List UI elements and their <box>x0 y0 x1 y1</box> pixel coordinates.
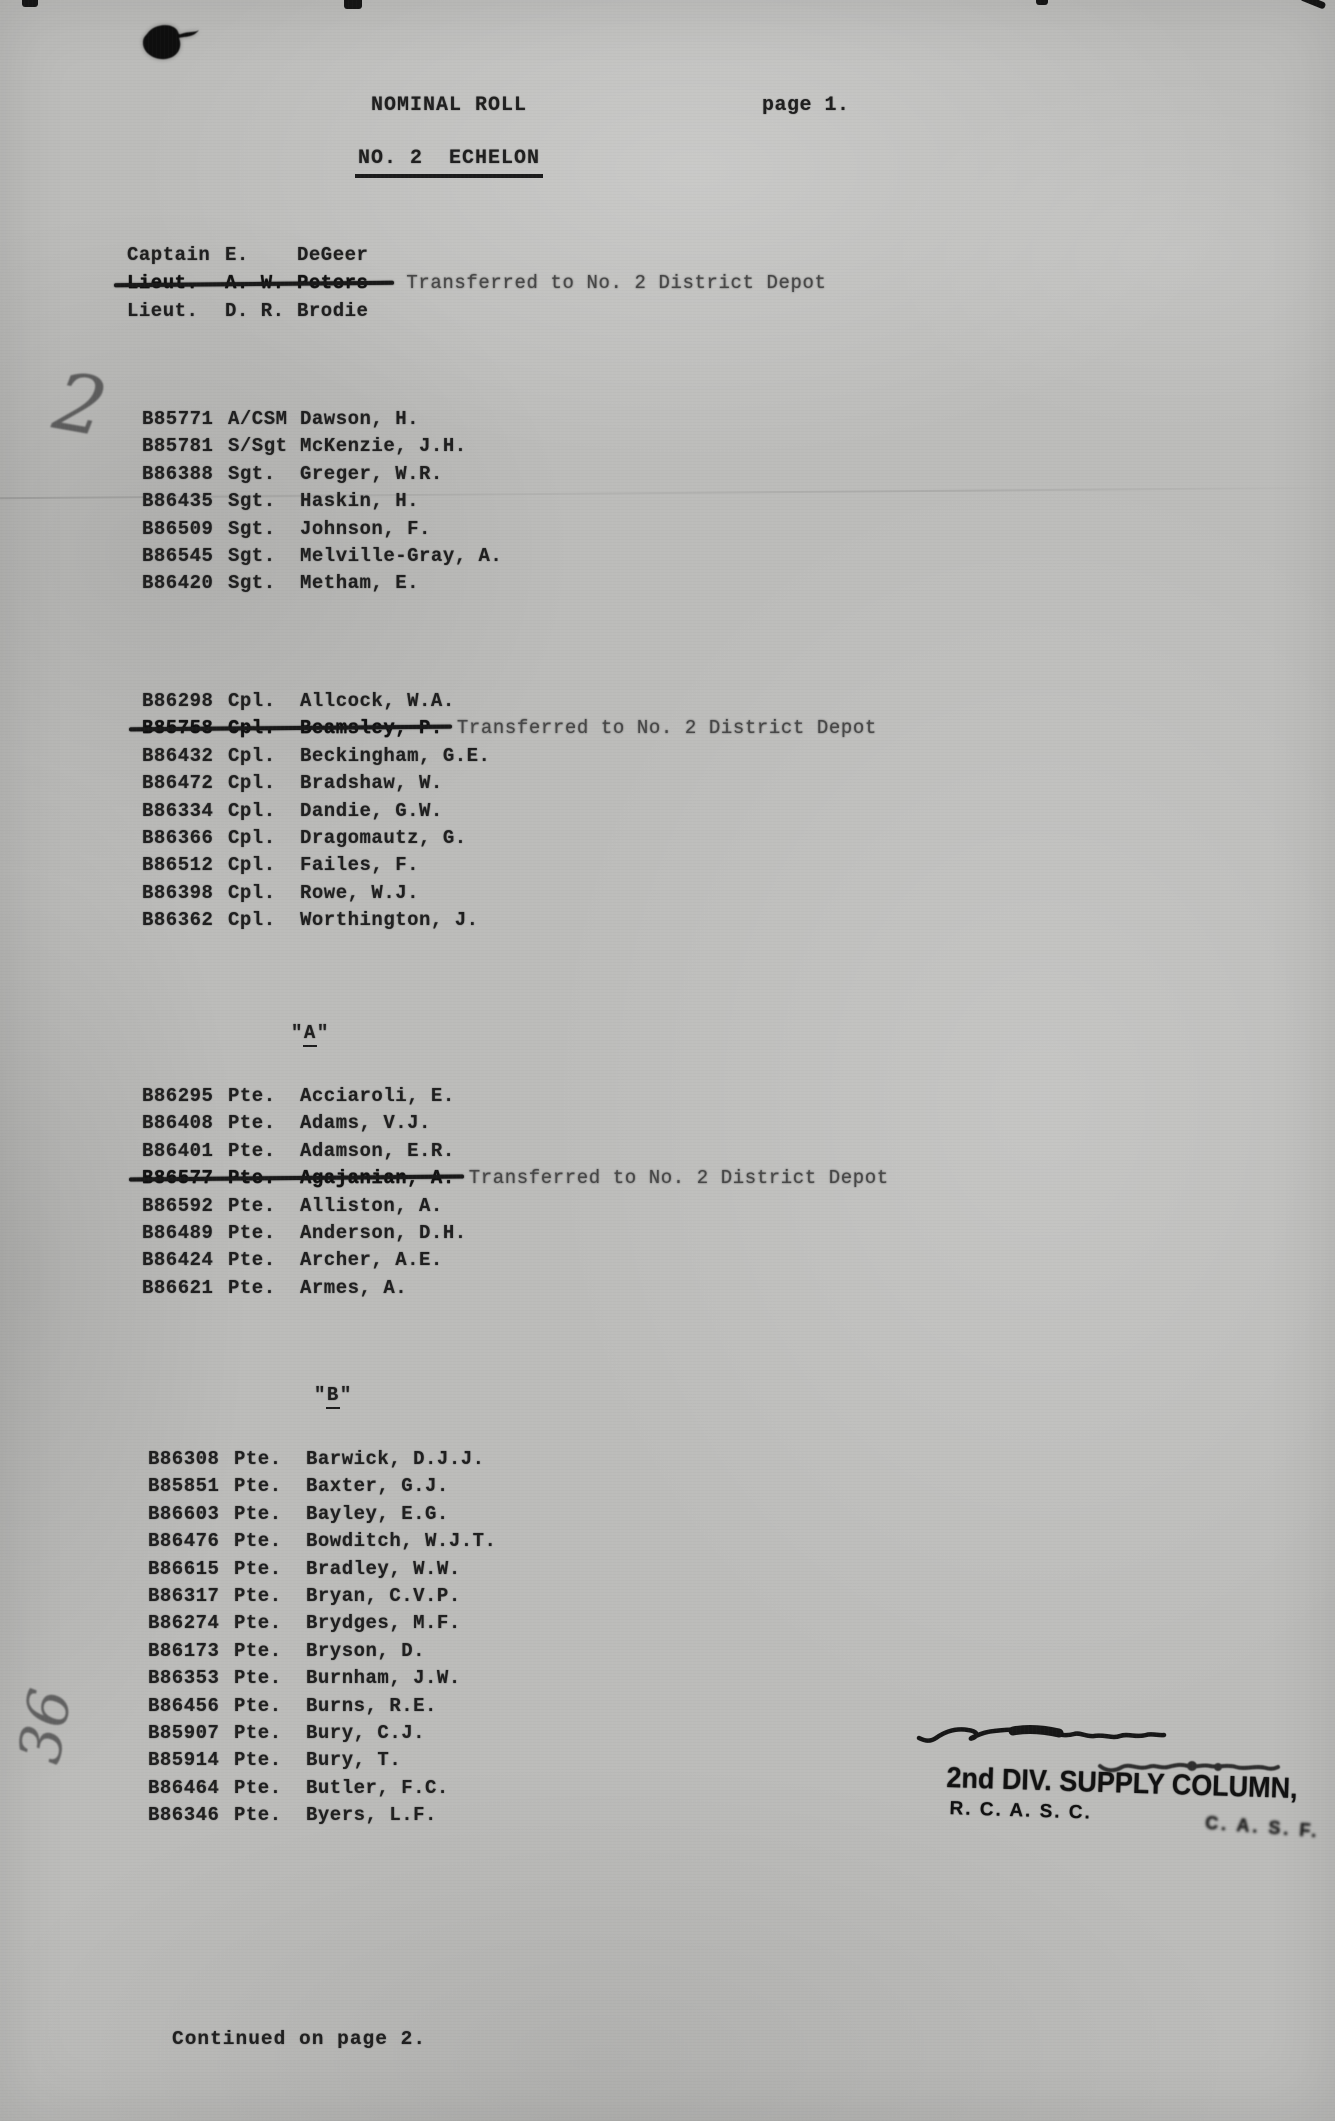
name: Worthington, J. <box>300 907 479 934</box>
roster-row: B86577Pte.Agajanian, A.Transferred to No… <box>142 1165 889 1192</box>
service-number: B86274 <box>148 1610 234 1637</box>
roster-row: B86603Pte.Bayley, E.G. <box>148 1501 496 1528</box>
roster-row: B86317Pte.Bryan, C.V.P. <box>148 1583 496 1610</box>
roster-row: B86401Pte.Adamson, E.R. <box>142 1138 889 1165</box>
rank: Sgt. <box>228 516 300 543</box>
roster-entry: B86298Cpl.Allcock, W.A. <box>142 688 455 715</box>
service-number: B86432 <box>142 743 228 770</box>
transfer-note: Transferred to No. 2 District Depot <box>469 1165 889 1192</box>
section-heading-b: "B" <box>314 1384 352 1409</box>
rank: Sgt. <box>228 488 300 515</box>
service-number: B86472 <box>142 770 228 797</box>
roster-entry: B86346Pte.Byers, L.F. <box>148 1802 437 1829</box>
service-number: B86408 <box>142 1110 228 1137</box>
rank: Pte. <box>228 1247 300 1274</box>
rank: Pte. <box>234 1501 306 1528</box>
service-number: B86317 <box>148 1583 234 1610</box>
service-number: B86435 <box>142 488 228 515</box>
service-number: B86456 <box>148 1693 234 1720</box>
name: Byers, L.F. <box>306 1802 437 1829</box>
roster-section-corporals: B86298Cpl.Allcock, W.A.B85758Cpl.Beamsle… <box>142 688 877 935</box>
rank: Pte. <box>234 1775 306 1802</box>
roster-section-a: B86295Pte.Acciaroli, E.B86408Pte.Adams, … <box>142 1083 889 1302</box>
name: Failes, F. <box>300 852 419 879</box>
roster-entry: B85781S/SgtMcKenzie, J.H. <box>142 433 467 460</box>
service-number: B86366 <box>142 825 228 852</box>
service-number: B86308 <box>148 1446 234 1473</box>
roster-entry: B86398Cpl.Rowe, W.J. <box>142 880 419 907</box>
roster-entry: B86308Pte.Barwick, D.J.J. <box>148 1446 485 1473</box>
scan-edge-mark <box>1300 0 1327 10</box>
roster-entry: B86424Pte.Archer, A.E. <box>142 1247 443 1274</box>
rank: Pte. <box>228 1083 300 1110</box>
name: Johnson, F. <box>300 516 431 543</box>
rank: Pte. <box>234 1638 306 1665</box>
rank: Pte. <box>234 1747 306 1774</box>
name: Bury, T. <box>306 1747 401 1774</box>
name: Dawson, H. <box>300 406 419 433</box>
quote-mark: " <box>291 1022 303 1044</box>
officer-name: Brodie <box>297 298 368 326</box>
officers-list: CaptainE.DeGeerLieut.A. W.PetersTransfer… <box>127 242 827 325</box>
roster-row: B86334Cpl.Dandie, G.W. <box>142 798 877 825</box>
roster-row: B86362Cpl.Worthington, J. <box>142 907 877 934</box>
roster-row: B86295Pte.Acciaroli, E. <box>142 1083 889 1110</box>
roster-entry: B85914Pte.Bury, T. <box>148 1747 401 1774</box>
roster-row: B86435Sgt.Haskin, H. <box>142 488 502 515</box>
service-number: B85771 <box>142 406 228 433</box>
roster-entry: B86295Pte.Acciaroli, E. <box>142 1083 455 1110</box>
roster-row: B86424Pte.Archer, A.E. <box>142 1247 889 1274</box>
roster-row: B86274Pte.Brydges, M.F. <box>148 1610 496 1637</box>
service-number: B86615 <box>148 1556 234 1583</box>
rank: S/Sgt <box>228 433 300 460</box>
roster-row: B86489Pte.Anderson, D.H. <box>142 1220 889 1247</box>
rank: Pte. <box>228 1220 300 1247</box>
roster-entry: B86545Sgt.Melville-Gray, A. <box>142 543 502 570</box>
quote-mark: " <box>317 1022 329 1044</box>
service-number: B86353 <box>148 1665 234 1692</box>
scan-edge-mark <box>344 0 362 9</box>
roster-row: B86388Sgt.Greger, W.R. <box>142 461 502 488</box>
roster-row: B86398Cpl.Rowe, W.J. <box>142 880 877 907</box>
roster-row: B86432Cpl.Beckingham, G.E. <box>142 743 877 770</box>
rank: Pte. <box>228 1138 300 1165</box>
service-number: B86509 <box>142 516 228 543</box>
officer-entry: Lieut.A. W.Peters <box>127 270 368 298</box>
rank: Pte. <box>234 1665 306 1692</box>
unit-stamp: 2nd DIV. SUPPLY COLUMN, R. C. A. S. C. C… <box>945 1762 1327 1832</box>
roster-row: B86592Pte.Alliston, A. <box>142 1193 889 1220</box>
service-number: B85781 <box>142 433 228 460</box>
roster-entry: B86432Cpl.Beckingham, G.E. <box>142 743 490 770</box>
roster-entry: B86615Pte.Bradley, W.W. <box>148 1556 461 1583</box>
roster-entry: B86472Cpl.Bradshaw, W. <box>142 770 443 797</box>
roster-row: B86366Cpl.Dragomautz, G. <box>142 825 877 852</box>
roster-row: B86472Cpl.Bradshaw, W. <box>142 770 877 797</box>
service-number: B86298 <box>142 688 228 715</box>
service-number: B85914 <box>148 1747 234 1774</box>
document-subtitle: NO. 2 ECHELON <box>355 147 543 178</box>
rank: Pte. <box>234 1473 306 1500</box>
roster-entry: B85851Pte.Baxter, G.J. <box>148 1473 449 1500</box>
roster-entry: B86489Pte.Anderson, D.H. <box>142 1220 467 1247</box>
rank: Cpl. <box>228 852 300 879</box>
rank: Cpl. <box>228 880 300 907</box>
name: Bryan, C.V.P. <box>306 1583 461 1610</box>
rank: Pte. <box>234 1720 306 1747</box>
roster-entry: B86476Pte.Bowditch, W.J.T. <box>148 1528 496 1555</box>
scanned-document-page: NOMINAL ROLL page 1. NO. 2 ECHELON Capta… <box>0 0 1335 2121</box>
roster-row: B85771A/CSMDawson, H. <box>142 406 502 433</box>
name: Adams, V.J. <box>300 1110 431 1137</box>
transfer-note: Transferred to No. 2 District Depot <box>457 715 877 742</box>
continuation-note: Continued on page 2. <box>172 2028 426 2050</box>
section-letter: A <box>303 1022 317 1047</box>
name: Beckingham, G.E. <box>300 743 490 770</box>
name: Armes, A. <box>300 1275 407 1302</box>
service-number: B86388 <box>142 461 228 488</box>
officer-entry: Lieut.D. R.Brodie <box>127 298 368 326</box>
roster-row: B85907Pte.Bury, C.J. <box>148 1720 496 1747</box>
name: Bury, C.J. <box>306 1720 425 1747</box>
roster-entry: B86366Cpl.Dragomautz, G. <box>142 825 467 852</box>
name: Bradley, W.W. <box>306 1556 461 1583</box>
rank: Pte. <box>234 1802 306 1829</box>
section-heading-a: "A" <box>291 1022 329 1047</box>
rank: Pte. <box>228 1275 300 1302</box>
service-number: B86545 <box>142 543 228 570</box>
roster-row: B85851Pte.Baxter, G.J. <box>148 1473 496 1500</box>
officer-row: CaptainE.DeGeer <box>127 242 827 270</box>
name: Adamson, E.R. <box>300 1138 455 1165</box>
roster-section-b: B86308Pte.Barwick, D.J.J.B85851Pte.Baxte… <box>148 1446 496 1829</box>
roster-entry: B86173Pte.Bryson, D. <box>148 1638 425 1665</box>
rank: Pte. <box>228 1193 300 1220</box>
officer-initials: E. <box>225 242 297 270</box>
service-number: B85907 <box>148 1720 234 1747</box>
rank: Sgt. <box>228 543 300 570</box>
roster-row: B85758Cpl.Beamsley, P.Transferred to No.… <box>142 715 877 742</box>
name: Archer, A.E. <box>300 1247 443 1274</box>
roster-entry: B86512Cpl.Failes, F. <box>142 852 419 879</box>
roster-entry: B86274Pte.Brydges, M.F. <box>148 1610 461 1637</box>
rank: Pte. <box>234 1693 306 1720</box>
roster-entry: B86408Pte.Adams, V.J. <box>142 1110 431 1137</box>
service-number: B86603 <box>148 1501 234 1528</box>
roster-entry: B86435Sgt.Haskin, H. <box>142 488 419 515</box>
service-number: B86424 <box>142 1247 228 1274</box>
officer-name: DeGeer <box>297 242 368 270</box>
name: Melville-Gray, A. <box>300 543 502 570</box>
roster-row: B86420Sgt.Metham, E. <box>142 570 502 597</box>
officer-entry: CaptainE.DeGeer <box>127 242 368 270</box>
roster-entry: B86592Pte.Alliston, A. <box>142 1193 443 1220</box>
roster-entry: B86317Pte.Bryan, C.V.P. <box>148 1583 461 1610</box>
name: Burns, R.E. <box>306 1693 437 1720</box>
roster-row: B86464Pte.Butler, F.C. <box>148 1775 496 1802</box>
transfer-note: Transferred to No. 2 District Depot <box>406 270 826 298</box>
roster-entry: B85907Pte.Bury, C.J. <box>148 1720 425 1747</box>
name: Allcock, W.A. <box>300 688 455 715</box>
name: Dragomautz, G. <box>300 825 467 852</box>
rank: Pte. <box>234 1528 306 1555</box>
service-number: B86512 <box>142 852 228 879</box>
roster-row: B86456Pte.Burns, R.E. <box>148 1693 496 1720</box>
service-number: B86362 <box>142 907 228 934</box>
officer-rank: Captain <box>127 242 225 270</box>
service-number: B85851 <box>148 1473 234 1500</box>
roster-entry: B86401Pte.Adamson, E.R. <box>142 1138 455 1165</box>
section-letter: B <box>326 1384 340 1409</box>
quote-mark: " <box>314 1384 326 1406</box>
rank: Cpl. <box>228 798 300 825</box>
name: Burnham, J.W. <box>306 1665 461 1692</box>
name: Bryson, D. <box>306 1638 425 1665</box>
name: McKenzie, J.H. <box>300 433 467 460</box>
name: Bowditch, W.J.T. <box>306 1528 496 1555</box>
document-title: NOMINAL ROLL <box>371 94 527 117</box>
rank: Cpl. <box>228 688 300 715</box>
roster-row: B86615Pte.Bradley, W.W. <box>148 1556 496 1583</box>
roster-entry: B86353Pte.Burnham, J.W. <box>148 1665 461 1692</box>
service-number: B86489 <box>142 1220 228 1247</box>
roster-entry: B86388Sgt.Greger, W.R. <box>142 461 443 488</box>
rank: Sgt. <box>228 570 300 597</box>
roster-entry: B85758Cpl.Beamsley, P. <box>142 715 443 742</box>
scan-edge-mark <box>22 0 38 7</box>
pen-scribble <box>915 1716 1170 1750</box>
rank: Pte. <box>234 1610 306 1637</box>
page-number-label: page 1. <box>762 94 850 117</box>
name: Butler, F.C. <box>306 1775 449 1802</box>
roster-section-sergeants: B85771A/CSMDawson, H.B85781S/SgtMcKenzie… <box>142 406 502 598</box>
rank: Pte. <box>228 1110 300 1137</box>
quote-mark: " <box>340 1384 352 1406</box>
roster-row: B86408Pte.Adams, V.J. <box>142 1110 889 1137</box>
service-number: B86401 <box>142 1138 228 1165</box>
roster-row: B86621Pte.Armes, A. <box>142 1275 889 1302</box>
rank: Cpl. <box>228 907 300 934</box>
officer-initials: D. R. <box>225 298 297 326</box>
rank: Cpl. <box>228 825 300 852</box>
name: Alliston, A. <box>300 1193 443 1220</box>
roster-row: B86545Sgt.Melville-Gray, A. <box>142 543 502 570</box>
roster-entry: B86603Pte.Bayley, E.G. <box>148 1501 449 1528</box>
name: Dandie, G.W. <box>300 798 443 825</box>
roster-entry: B86577Pte.Agajanian, A. <box>142 1165 455 1192</box>
rank: Pte. <box>234 1556 306 1583</box>
name: Metham, E. <box>300 570 419 597</box>
rank: Sgt. <box>228 461 300 488</box>
service-number: B86621 <box>142 1275 228 1302</box>
roster-entry: B86334Cpl.Dandie, G.W. <box>142 798 443 825</box>
service-number: B86476 <box>148 1528 234 1555</box>
roster-row: B85914Pte.Bury, T. <box>148 1747 496 1774</box>
name: Greger, W.R. <box>300 461 443 488</box>
officer-row: Lieut.D. R.Brodie <box>127 298 827 326</box>
name: Baxter, G.J. <box>306 1473 449 1500</box>
roster-entry: B86362Cpl.Worthington, J. <box>142 907 479 934</box>
service-number: B86420 <box>142 570 228 597</box>
rank: A/CSM <box>228 406 300 433</box>
name: Brydges, M.F. <box>306 1610 461 1637</box>
service-number: B86398 <box>142 880 228 907</box>
roster-row: B86353Pte.Burnham, J.W. <box>148 1665 496 1692</box>
roster-row: B86308Pte.Barwick, D.J.J. <box>148 1446 496 1473</box>
roster-entry: B86621Pte.Armes, A. <box>142 1275 407 1302</box>
roster-entry: B86464Pte.Butler, F.C. <box>148 1775 449 1802</box>
scan-edge-mark <box>1036 0 1048 5</box>
rank: Cpl. <box>228 770 300 797</box>
name: Bayley, E.G. <box>306 1501 449 1528</box>
handwritten-margin-number: 36 <box>5 1684 85 1768</box>
ink-blot <box>133 16 203 71</box>
roster-row: B86476Pte.Bowditch, W.J.T. <box>148 1528 496 1555</box>
roster-entry: B86509Sgt.Johnson, F. <box>142 516 431 543</box>
roster-row: B86509Sgt.Johnson, F. <box>142 516 502 543</box>
roster-row: B86298Cpl.Allcock, W.A. <box>142 688 877 715</box>
service-number: B86173 <box>148 1638 234 1665</box>
service-number: B86334 <box>142 798 228 825</box>
service-number: B86346 <box>148 1802 234 1829</box>
name: Bradshaw, W. <box>300 770 443 797</box>
rank: Pte. <box>234 1583 306 1610</box>
roster-row: B85781S/SgtMcKenzie, J.H. <box>142 433 502 460</box>
name: Rowe, W.J. <box>300 880 419 907</box>
service-number: B86592 <box>142 1193 228 1220</box>
officer-row: Lieut.A. W.PetersTransferred to No. 2 Di… <box>127 270 827 298</box>
roster-entry: B85771A/CSMDawson, H. <box>142 406 419 433</box>
roster-entry: B86456Pte.Burns, R.E. <box>148 1693 437 1720</box>
roster-row: B86346Pte.Byers, L.F. <box>148 1802 496 1829</box>
rank: Pte. <box>234 1446 306 1473</box>
name: Haskin, H. <box>300 488 419 515</box>
rank: Cpl. <box>228 743 300 770</box>
name: Acciaroli, E. <box>300 1083 455 1110</box>
service-number: B86464 <box>148 1775 234 1802</box>
service-number: B86295 <box>142 1083 228 1110</box>
name: Barwick, D.J.J. <box>306 1446 485 1473</box>
roster-row: B86512Cpl.Failes, F. <box>142 852 877 879</box>
name: Anderson, D.H. <box>300 1220 467 1247</box>
officer-rank: Lieut. <box>127 298 225 326</box>
roster-row: B86173Pte.Bryson, D. <box>148 1638 496 1665</box>
handwritten-margin-number: 2 <box>47 354 113 454</box>
roster-entry: B86420Sgt.Metham, E. <box>142 570 419 597</box>
